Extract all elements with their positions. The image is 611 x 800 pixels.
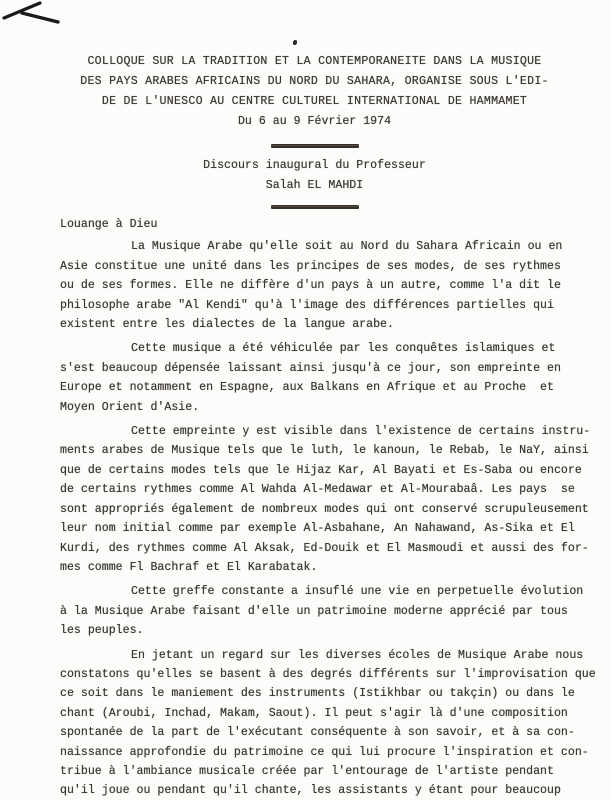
title-line: COLLOQUE SUR LA TRADITION ET LA CONTEMPO… xyxy=(58,52,571,72)
text-line: Cette greffe constante a insuflé une vie… xyxy=(60,582,605,601)
text-line: que de certains modes tels que le Hijaz … xyxy=(60,461,605,480)
separator-rule-bottom xyxy=(271,205,359,209)
text-line: tribue à l'ambiance musicale créée par l… xyxy=(60,762,605,781)
paragraph-1: La Musique Arabe qu'elle soit au Nord du… xyxy=(60,237,605,334)
document-header: COLLOQUE SUR LA TRADITION ET LA CONTEMPO… xyxy=(0,52,611,209)
text-line: Moyen Orient d'Asie. xyxy=(60,398,605,417)
text-line: qu'il joue ou pendant qu'il chante, les … xyxy=(60,781,605,800)
document-page: COLLOQUE SUR LA TRADITION ET LA CONTEMPO… xyxy=(0,0,611,800)
title-line: DE DE L'UNESCO AU CENTRE CULTUREL INTERN… xyxy=(58,92,571,112)
title-line: DES PAYS ARABES AFRICAINS DU NORD DU SAH… xyxy=(58,72,571,92)
separator-rule-top xyxy=(271,144,359,148)
colloque-date: Du 6 au 9 Février 1974 xyxy=(58,112,571,132)
text-line: s'est beaucoup dépensée laissant ainsi j… xyxy=(60,359,605,378)
text-line: mes comme Fl Bachraf et El Karabatak. xyxy=(60,558,605,577)
colloque-title: COLLOQUE SUR LA TRADITION ET LA CONTEMPO… xyxy=(58,52,571,112)
text-line: ments arabes de Musique tels que le luth… xyxy=(60,441,605,460)
paragraph-2: Cette musique a été véhiculée par les co… xyxy=(60,339,605,417)
ink-dot-icon xyxy=(292,40,297,46)
text-line: existent entre les dialectes de la langu… xyxy=(60,315,605,334)
speaker-name: Salah EL MAHDI xyxy=(58,176,571,196)
paragraph-4: Cette greffe constante a insuflé une vie… xyxy=(60,582,605,640)
text-line: En jetant un regard sur les diverses éco… xyxy=(60,646,605,665)
text-line: ou de ses formes. Elle ne diffère d'un p… xyxy=(60,276,605,295)
text-line: les peuples. xyxy=(60,621,605,640)
text-line: Europe et notamment en Espagne, aux Balk… xyxy=(60,378,605,397)
text-line: sont appropriés également de nombreux mo… xyxy=(60,500,605,519)
text-line: chant (Aroubi, Inchad, Makam, Saout). Il… xyxy=(60,704,605,723)
salutation: Louange à Dieu xyxy=(60,215,611,234)
text-line: à la Musique Arabe faisant d'elle un pat… xyxy=(60,602,605,621)
text-line: philosophe arabe "Al Kendi" qu'à l'image… xyxy=(60,296,605,315)
paragraph-3: Cette empreinte y est visible dans l'exi… xyxy=(60,422,605,577)
text-line: de certains rythmes comme Al Wahda Al-Me… xyxy=(60,480,605,499)
pen-mark-icon xyxy=(0,0,100,40)
text-line: Cette musique a été véhiculée par les co… xyxy=(60,339,605,358)
text-line: constatons qu'elles se basent à des degr… xyxy=(60,665,605,684)
text-line: leur nom initial comme par exemple Al-As… xyxy=(60,519,605,538)
text-line: Cette empreinte y est visible dans l'exi… xyxy=(60,422,605,441)
text-line: La Musique Arabe qu'elle soit au Nord du… xyxy=(60,237,605,256)
text-line: ce soit dans le maniement des instrument… xyxy=(60,684,605,703)
text-line: Asie constitue une unité dans les princi… xyxy=(60,257,605,276)
speech-title: Discours inaugural du Professeur xyxy=(58,156,571,176)
text-line: spontanée de la part de l'exécutant cons… xyxy=(60,723,605,742)
text-line: naissance approfondie du patrimoine ce q… xyxy=(60,743,605,762)
paragraph-5: En jetant un regard sur les diverses éco… xyxy=(60,646,605,800)
text-line: Kurdi, des rythmes comme Al Aksak, Ed-Do… xyxy=(60,539,605,558)
